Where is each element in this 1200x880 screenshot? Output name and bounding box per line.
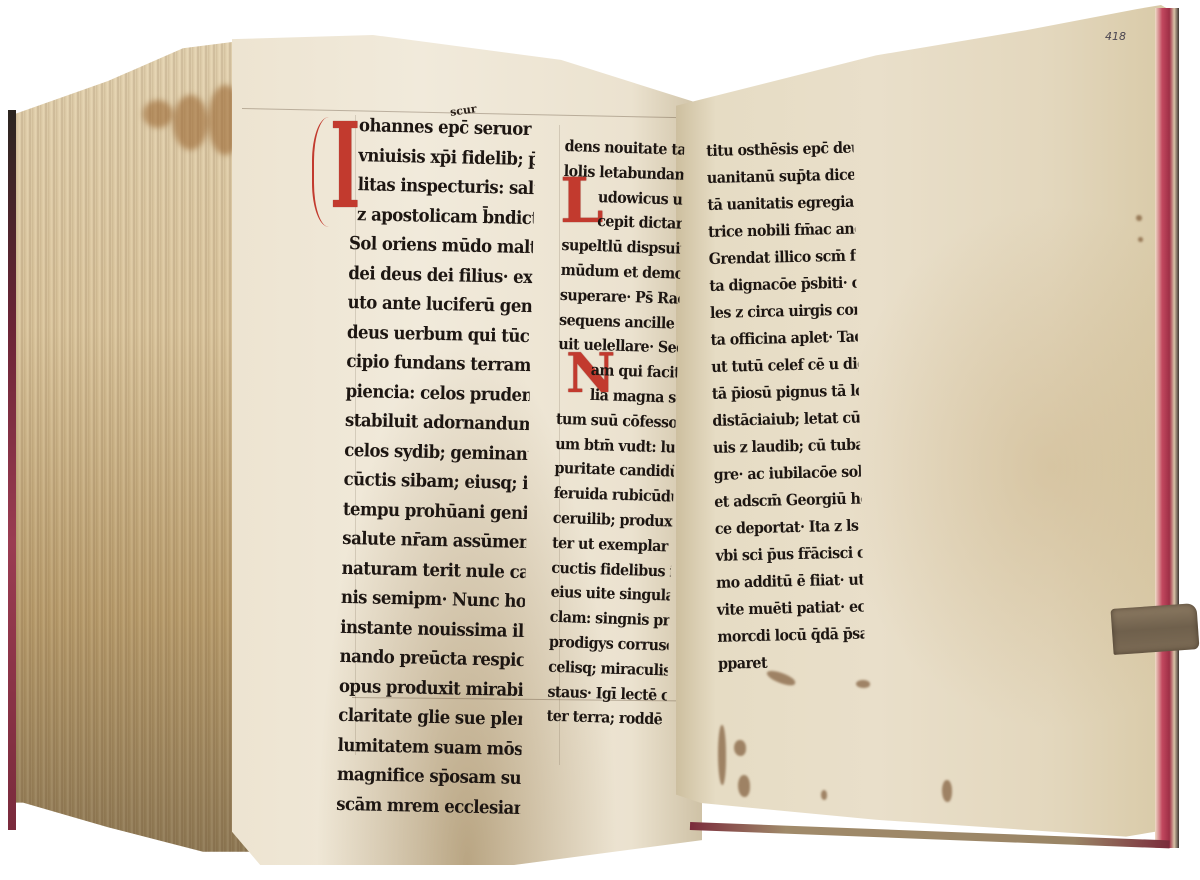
ink-blot: [1138, 237, 1143, 242]
text-line: dens nouitate tam clar: [564, 134, 684, 163]
text-line: magnifice sp̄osam suam: [337, 760, 522, 794]
text-line: uto ante luciferū genitus: [347, 288, 532, 322]
text-line: tā uanitatis egregia dep: [707, 188, 855, 218]
manuscript-photo: 418 scur I L N ohannes epc̄ seruor dei; …: [0, 0, 1200, 880]
text-line: eius uite singularis ex: [550, 580, 670, 609]
text-line: am qui facit mira: [557, 357, 677, 386]
text-line: ta officina aplet· Tadem q: [710, 323, 858, 353]
text-line: lolis letabundam· Ps̄: [563, 159, 683, 188]
text-line: opus produxit mirabile: [339, 671, 524, 705]
text-line: lia magna solus: [556, 382, 676, 411]
text-line: ta dignacōe p̄sbiti· cardina: [709, 269, 857, 299]
verso-column-b: dens nouitate tam clar lolis letabundam·…: [546, 134, 695, 733]
text-line: cuctis fidelibus imita: [551, 555, 671, 584]
text-line: ut tutū celef cē u digniū· ut: [711, 350, 859, 380]
text-line: uis z laudib; cū tubar cla: [713, 431, 861, 461]
text-line: celisq; miraculis ma: [548, 654, 668, 683]
text-line: uanitanū sup̄ta dicedi ma: [707, 161, 855, 191]
ink-blot: [821, 790, 827, 800]
text-line: gre· ac iubilacōe sollēp ni: [713, 458, 861, 488]
leather-clasp: [1111, 603, 1200, 655]
text-line: um btm̄ vudt: ludouic: [555, 431, 675, 460]
ink-blot: [856, 680, 870, 688]
ink-blot: [734, 740, 746, 756]
text-line: morcdi locū q̄dā p̄sagio: [717, 620, 865, 650]
text-line: titu osthēsis epc̄ deuanitate: [706, 134, 854, 164]
text-line: feruida rubicūdū· clar: [553, 481, 673, 510]
text-line: udowicus ut aurius: [563, 184, 683, 213]
text-line: dei deus dei filius· exēmo: [348, 258, 533, 292]
text-line: puritate candidū carn: [554, 456, 674, 485]
text-line: vbi sci p̄us fr̄ācisci corp̄ pri: [715, 539, 863, 569]
text-line: staus· Igī lectē cele: [547, 679, 667, 708]
text-line: Sol oriens mūdo maltissis: [349, 229, 534, 263]
text-line: salute nr̄am assūmendo: [342, 524, 527, 558]
text-line: scām mrem ecclesiam ro: [336, 789, 521, 823]
text-line: ce deportat· Ita z ls loc ille ē: [715, 512, 863, 542]
text-line: supeltlū dispsuit fornari: [561, 233, 681, 262]
text-line: tempu prohūani genis: [343, 494, 528, 528]
text-line: cūctis sibam; eiusq; ihue: [343, 465, 528, 499]
text-line: celos sydib; geminantib;: [344, 435, 529, 469]
verso-column-a: ohannes epc̄ seruor dei; vniuisis xp̄i f…: [336, 111, 552, 823]
water-stain: [173, 95, 208, 150]
text-line: lumitatem suam mōstrāl: [337, 730, 522, 764]
text-line: pparet: [718, 647, 866, 677]
text-line: tā p̄iosū pignus tā longe: [712, 377, 860, 407]
text-line: stabiluit adornandum: [345, 406, 530, 440]
page-block-edge: [8, 40, 258, 860]
text-line: sequens ancille filiū noua: [559, 307, 679, 336]
recto-column: titu osthēsis epc̄ deuanitate uanitanū s…: [706, 133, 878, 676]
text-line: piencia: celos prudencia: [345, 376, 530, 410]
text-line: nis semipm· Nunc hora: [341, 583, 526, 617]
text-line: prodigys corruscantib: [549, 630, 669, 659]
cover-edge-right: [1155, 8, 1179, 848]
text-line: clam: singnis probans: [549, 605, 669, 634]
ink-blot: [738, 775, 750, 797]
text-line: et adscm̄ Georgiū honifi: [714, 485, 862, 515]
text-line: deus uerbum qui tūc ipi: [347, 317, 532, 351]
text-line: z apostolicam b̄ndictione·: [349, 199, 534, 233]
text-line: ohannes epc̄ seruor dei;: [351, 111, 536, 145]
ink-blot: [942, 780, 952, 802]
text-line: instante nouissima illū: [340, 612, 525, 646]
text-line: cepit dictare carnis: [562, 208, 682, 237]
text-line: superare· Ps̄ Racionis igitur: [560, 283, 680, 312]
text-line: trice nobili fm̄ac ancedat·: [708, 215, 856, 245]
ink-blot: [718, 725, 726, 785]
text-line: tum suū cōfessorem ex: [556, 407, 676, 436]
text-line: ceruilib; produxit m: [553, 506, 673, 535]
text-line: mo additū ē fiiat· ut q̄ uiam: [716, 566, 864, 596]
text-line: litas inspecturis: salutem: [350, 170, 535, 204]
text-line: vite muēti patiat· eciam: [716, 593, 864, 623]
text-line: uit uelellare· Seq̄· Itē: [558, 332, 678, 361]
folio-number: 418: [1105, 30, 1126, 43]
water-stain: [143, 100, 173, 128]
text-line: naturam terit nule car: [341, 553, 526, 587]
text-line: ter ut exemplar ūsiu: [552, 531, 672, 560]
text-line: claritate glie sue plenum·: [338, 701, 523, 735]
cover-edge-left: [8, 110, 16, 830]
text-line: les z circa uirgis corp̄ solt: [710, 296, 858, 326]
text-line: nando preūcta respiciens: [339, 642, 524, 676]
text-line: cipio fundans terram isa: [346, 347, 531, 381]
text-line: Grendat illico scm̄ fuū deuo: [708, 242, 856, 272]
ink-blot: [1136, 215, 1142, 221]
text-line: ter terra; roddē par: [546, 704, 666, 733]
text-line: mūdum et demoniū contra: [560, 258, 680, 287]
text-line: vniuisis xp̄i fidelib; p̄sente: [351, 140, 536, 174]
text-line: distāciaiub; letat cū vni: [712, 404, 860, 434]
